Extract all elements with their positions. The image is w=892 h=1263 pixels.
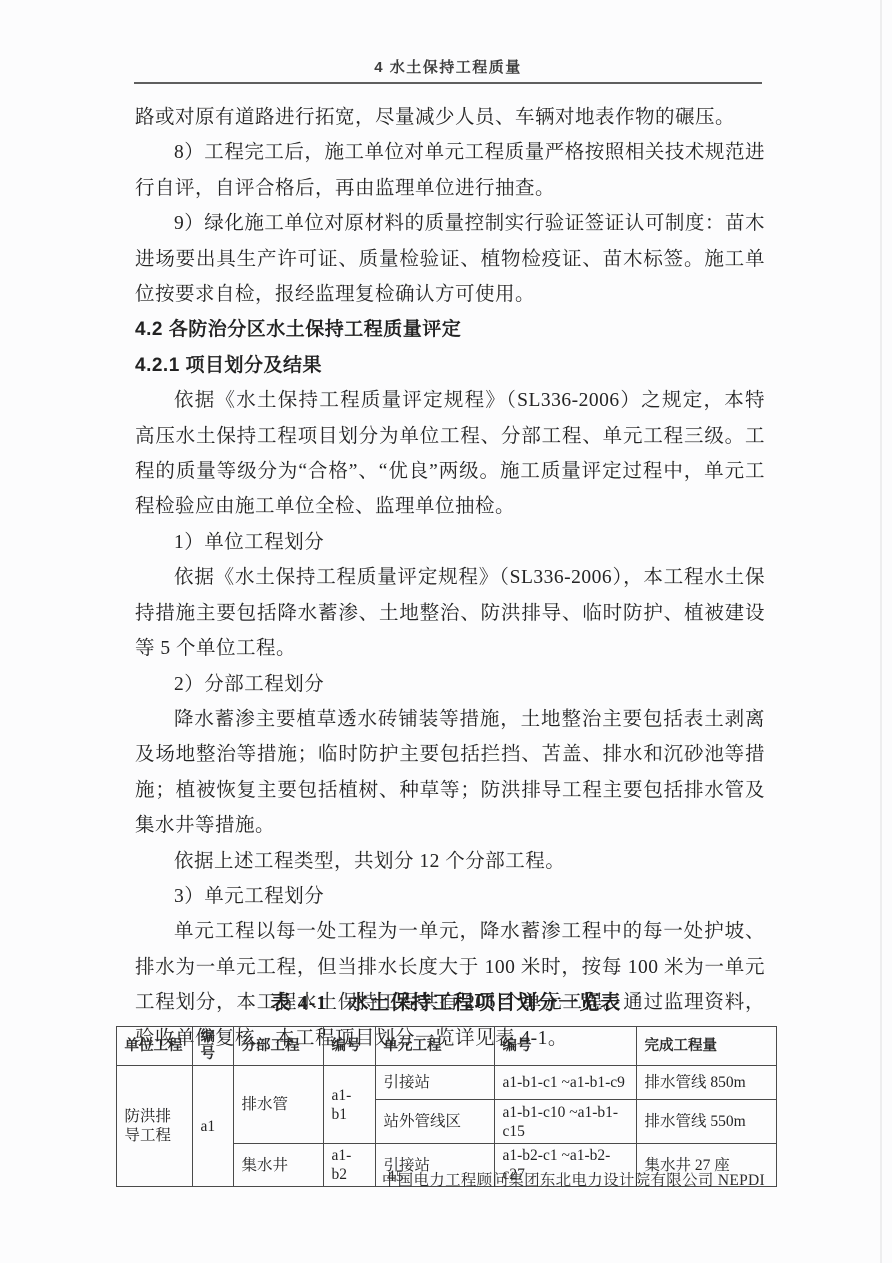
cell-element-code-1: a1-b1-c1 ~a1-b1-c9 — [494, 1066, 636, 1100]
section-heading-4-2-1: 4.2.1 项目划分及结果 — [135, 348, 765, 383]
col-header-unit-project: 单位工程 — [116, 1027, 192, 1066]
paragraph-list-2: 2）分部工程划分 — [135, 667, 765, 702]
section-heading-4-2: 4.2 各防治分区水土保持工程质量评定 — [135, 312, 765, 347]
table-section: 表 4-1 水土保持工程项目划分一览表 单位工程 编号 分部工程 编号 单元工程… — [0, 986, 892, 1187]
running-header: 4 水土保持工程质量 — [134, 56, 762, 84]
paragraph-item-9: 9）绿化施工单位对原材料的质量控制实行验证签证认可制度：苗木进场要出具生产许可证… — [135, 206, 765, 312]
cell-division-code-1: a1-b1 — [323, 1066, 375, 1144]
paragraph-basis: 依据《水土保持工程质量评定规程》（SL336-2006）之规定，本特高压水土保持… — [135, 383, 765, 525]
paragraph-continuation: 路或对原有道路进行拓宽，尽量减少人员、车辆对地表作物的碾压。 — [135, 100, 765, 135]
cell-element-1: 引接站 — [375, 1066, 494, 1100]
paragraph-item-8: 8）工程完工后，施工单位对单元工程质量严格按照相关技术规范进行自评，自评合格后，… — [135, 135, 765, 206]
project-division-table: 单位工程 编号 分部工程 编号 单元工程 编号 完成工程量 防洪排导工程 a1 … — [116, 1026, 777, 1187]
scan-edge-shadow — [880, 0, 882, 1263]
col-header-code-2: 编号 — [323, 1027, 375, 1066]
header-rule — [134, 82, 762, 84]
paragraph-list-3: 3）单元工程划分 — [135, 879, 765, 914]
paragraph-division-count: 依据上述工程类型，共划分 12 个分部工程。 — [135, 844, 765, 879]
page-footer: 45 中国电力工程顾问集团东北电力设计院有限公司 NEPDI — [135, 1168, 765, 1192]
paragraph-division-detail: 降水蓄渗主要植草透水砖铺装等措施，土地整治主要包括表土剥离及场地整治等措施；临时… — [135, 702, 765, 844]
document-page: 4 水土保持工程质量 路或对原有道路进行拓宽，尽量减少人员、车辆对地表作物的碾压… — [0, 0, 892, 1263]
table-4-1-title: 表 4-1 水土保持工程项目划分一览表 — [0, 986, 892, 1015]
col-header-element: 单元工程 — [375, 1027, 494, 1066]
cell-quantity-1: 排水管线 850m — [636, 1066, 776, 1100]
table-row: 防洪排导工程 a1 排水管 a1-b1 引接站 a1-b1-c1 ~a1-b1-… — [116, 1066, 776, 1100]
cell-quantity-2: 排水管线 550m — [636, 1100, 776, 1144]
col-header-quantity: 完成工程量 — [636, 1027, 776, 1066]
col-header-division: 分部工程 — [233, 1027, 323, 1066]
col-header-code-1: 编号 — [192, 1027, 233, 1066]
table-header-row: 单位工程 编号 分部工程 编号 单元工程 编号 完成工程量 — [116, 1027, 776, 1066]
cell-element-2: 站外管线区 — [375, 1100, 494, 1144]
cell-division-1: 排水管 — [233, 1066, 323, 1144]
body-text: 路或对原有道路进行拓宽，尽量减少人员、车辆对地表作物的碾压。 8）工程完工后，施… — [135, 100, 765, 1056]
footer-company: 中国电力工程顾问集团东北电力设计院有限公司 NEPDI — [382, 1168, 765, 1190]
cell-element-code-2: a1-b1-c10 ~a1-b1-c15 — [494, 1100, 636, 1144]
col-header-code-3: 编号 — [494, 1027, 636, 1066]
paragraph-unit-division: 依据《水土保持工程质量评定规程》（SL336-2006），本工程水土保持措施主要… — [135, 560, 765, 666]
paragraph-list-1: 1）单位工程划分 — [135, 525, 765, 560]
